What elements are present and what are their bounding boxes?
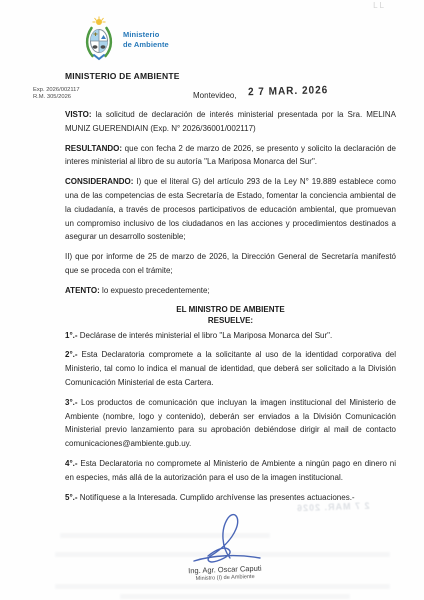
resolution-item-2: 2°.- Esta Declaratoria compromete a la s…: [65, 348, 396, 389]
item-text: Notifíquese a la Interesada. Cumplido ar…: [78, 493, 355, 502]
item-number: 2°.-: [65, 350, 78, 359]
paragraph-considerando: CONSIDERANDO: I) que el literal G) del a…: [65, 175, 396, 244]
resolution-item-4: 4°.- Esta Declaratoria no compromete al …: [65, 457, 396, 485]
logo-wordmark-line1: Ministerio: [123, 30, 169, 40]
paragraph-label: CONSIDERANDO:: [65, 177, 133, 186]
item-text: Los productos de comunicación que incluy…: [65, 398, 396, 448]
paragraph-considerando-ii: II) que por informe de 25 de marzo de 20…: [65, 250, 396, 278]
document-body: VISTO: la solicitud de declaración de in…: [65, 108, 396, 510]
paragraph-label: VISTO:: [65, 110, 92, 119]
uruguay-coat-of-arms-icon: [84, 16, 114, 64]
paragraph-text: I) que el literal G) del artículo 293 de…: [65, 177, 396, 241]
paragraph-visto: VISTO: la solicitud de declaración de in…: [65, 108, 396, 136]
bleedthrough-mark: [55, 584, 390, 589]
logo-wordmark: Ministerio de Ambiente: [123, 30, 169, 50]
paragraph-text: II) que por informe de 25 de marzo de 20…: [65, 252, 396, 275]
resolution-subheading: RESUELVE:: [65, 315, 396, 326]
city-label: Montevideo,: [193, 91, 237, 100]
bleedthrough-mark: [60, 533, 270, 538]
resolution-heading: EL MINISTRO DE AMBIENTE: [65, 304, 396, 315]
document-title: MINISTERIO DE AMBIENTE: [65, 71, 180, 81]
paragraph-label: RESULTANDO:: [65, 144, 122, 153]
bleedthrough-mark: [120, 594, 350, 599]
scanned-document-page: Ministerio de Ambiente LL MINISTERIO DE …: [0, 0, 424, 600]
paragraph-label: ATENTO:: [65, 286, 100, 295]
resolution-item-1: 1°.- Declárase de interés ministerial el…: [65, 329, 396, 343]
signature-scribble-icon: [168, 510, 288, 568]
bleedthrough-mark: [55, 552, 390, 557]
exp-number: Exp. 2026/002117: [33, 87, 80, 94]
item-number: 3°.-: [65, 398, 78, 407]
paragraph-resultando: RESULTANDO: que con fecha 2 de marzo de …: [65, 142, 396, 170]
item-number: 4°.-: [65, 459, 78, 468]
rm-number: R.M. 305/2026: [33, 94, 80, 101]
ministry-logo: Ministerio de Ambiente: [84, 16, 169, 64]
item-number: 1°.-: [65, 331, 78, 340]
file-references: Exp. 2026/002117 R.M. 305/2026: [33, 87, 80, 101]
date-stamp: 2 7 MAR. 2026: [248, 85, 329, 99]
bleedthrough-date-stamp: 2 7 MAR. 2026: [296, 501, 370, 514]
paragraph-atento: ATENTO: lo expuesto precedentemente;: [65, 284, 396, 298]
item-number: 5°.-: [65, 493, 78, 502]
resolution-items: 1°.- Declárase de interés ministerial el…: [65, 329, 396, 505]
resolution-item-3: 3°.- Los productos de comunicación que i…: [65, 396, 396, 451]
pencil-corner-mark: LL: [373, 1, 386, 10]
logo-wordmark-line2: de Ambiente: [123, 40, 169, 50]
paragraph-text: la solicitud de declaración de interés m…: [65, 110, 396, 133]
item-text: Esta Declaratoria no compromete al Minis…: [65, 459, 396, 482]
paragraph-text: lo expuesto precedentemente;: [100, 286, 210, 295]
item-text: Declárase de interés ministerial el libr…: [78, 331, 333, 340]
item-text: Esta Declaratoria compromete a la solici…: [65, 350, 396, 387]
